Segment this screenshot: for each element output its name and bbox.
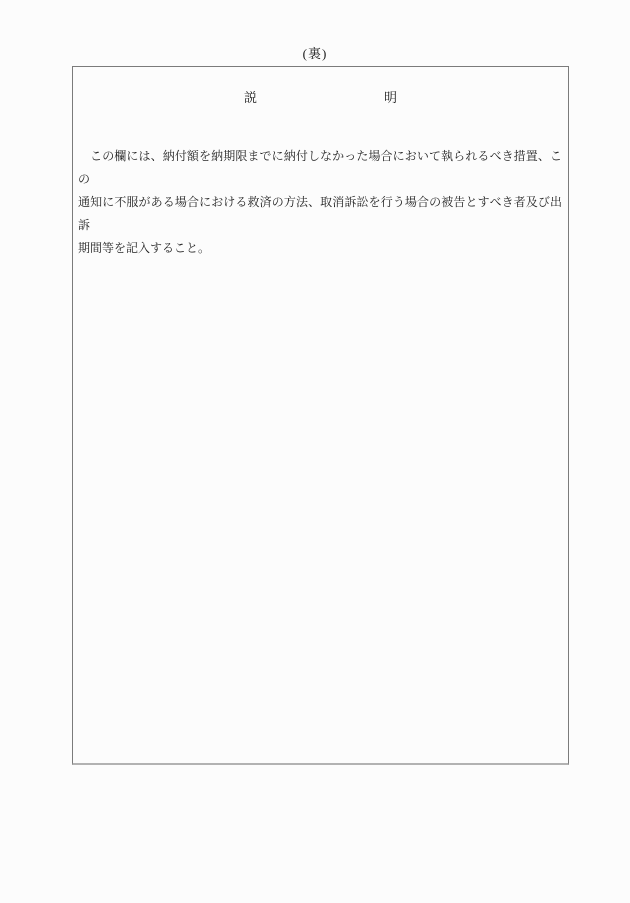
explanation-heading: 説 明 (73, 90, 568, 105)
document-page: (裏) 説 明 この欄には、納付額を納期限までに納付しなかった場合において執られ… (0, 0, 630, 903)
document-frame: 説 明 この欄には、納付額を納期限までに納付しなかった場合において執られるべき措… (72, 66, 569, 765)
heading-char-right: 明 (384, 90, 397, 105)
paragraph-line: この欄には、納付額を納期限までに納付しなかった場合において執られるべき措置、この (78, 145, 562, 191)
page-side-label: (裏) (0, 45, 630, 62)
explanation-paragraph: この欄には、納付額を納期限までに納付しなかった場合において執られるべき措置、この… (73, 145, 568, 260)
heading-char-left: 説 (244, 90, 257, 105)
paragraph-line: 通知に不服がある場合における救済の方法、取消訴訟を行う場合の被告とすべき者及び出… (78, 191, 562, 237)
paragraph-line: 期間等を記入すること。 (78, 237, 562, 260)
